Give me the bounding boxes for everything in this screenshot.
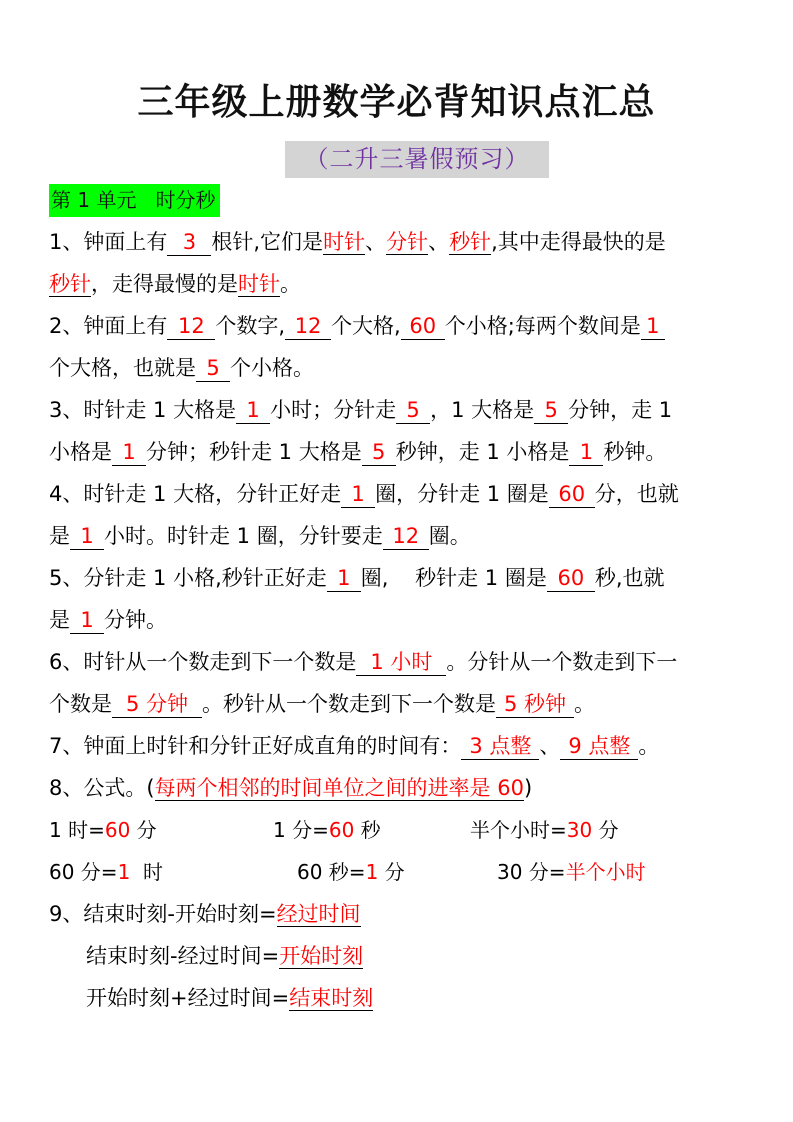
text: 分，也就 [595,482,679,506]
q3-line1: 3、时针走 1 大格是1小时；分针走5，1 大格是5分钟，走 1 [49,395,672,425]
text: 。 [280,272,301,296]
text: 结束时刻-开始时刻= [83,902,276,926]
text: 个数字, [215,314,285,338]
text: 小时。时针走 1 圈，分针要走 [104,524,383,548]
answer-blank: 5 秒钟 [496,691,574,718]
answer: 每两个相邻的时间单位之间的进率是 60 [155,776,524,801]
q2-line2: 个大格，也就是5个小格。 [49,353,314,383]
answer-blank: 60 [549,481,595,508]
answer-blank: 1 [641,313,665,340]
text: 1 时= [49,818,105,842]
answer: 开始时刻 [279,944,363,969]
text: 分 [592,818,618,842]
answer-blank: 1 [569,439,603,466]
text: 4、时针走 1 大格，分针正好走 [49,482,341,506]
answer-blank: 5 分钟 [112,691,202,718]
text: 秒钟，走 1 小格是 [396,440,570,464]
page-title: 三年级上册数学必背知识点汇总 [0,74,793,125]
formula-4: 60 分=1 时 [49,857,163,887]
q5-line1: 5、分针走 1 小格,秒针正好走1圈, 秒针走 1 圈是60秒,也就 [49,563,665,593]
text: 2、钟面上有 [49,314,167,338]
text: 。秒针从一个数走到下一个数是 [202,692,496,716]
answer-blank: 60 [547,565,595,592]
answer-blank: 3 [167,229,211,256]
text: 个数是 [49,692,112,716]
text: 1、钟面上有 [49,230,167,254]
text: 30 分= [497,860,566,884]
answer-blank: 1 [341,481,375,508]
text: 是 [49,524,70,548]
text: ，走得最慢的是 [91,272,238,296]
text: 个大格, [331,314,401,338]
text: 60 秒= [297,860,366,884]
answer-blank: 1 [236,397,270,424]
answer: 1 [118,860,131,884]
q7-line: 7、钟面上时针和分针正好成直角的时间有：3 点整、9 点整。 [49,731,659,761]
text: 分 [130,818,156,842]
text: 。 [638,734,659,758]
answer-blank: 5 [196,355,230,382]
answer-blank: 3 点整 [461,733,539,760]
text: 分钟。 [104,608,167,632]
text: 60 分= [49,860,118,884]
answer-blank: 1 [112,439,146,466]
q6-line1: 6、时针从一个数走到下一个数是1 小时。分针从一个数走到下一 [49,647,677,677]
answer: 时针 [323,230,365,255]
answer: 30 [567,818,592,842]
answer: 秒针 [449,230,491,255]
text: 半个小时= [470,818,567,842]
answer-blank: 12 [285,313,331,340]
answer: 经过时间 [277,902,361,927]
text: 小时；分针走 [270,398,396,422]
answer-blank: 60 [401,313,445,340]
q4-line1: 4、时针走 1 大格，分针正好走1圈，分针走 1 圈是60分，也就 [49,479,679,509]
answer-blank: 1 [70,523,104,550]
q5-line2: 是1分钟。 [49,605,167,635]
text: 结束时刻-经过时间= [86,944,279,968]
text: 。 [574,692,595,716]
text: 开始时刻+经过时间= [86,986,289,1010]
text: 个小格。 [230,356,314,380]
answer: 半个小时 [566,860,646,884]
answer-blank: 12 [383,523,429,550]
text: 、 [365,230,386,254]
q6-line2: 个数是5 分钟。秒针从一个数走到下一个数是5 秒钟。 [49,689,595,719]
text: 、 [428,230,449,254]
text: 6、时针从一个数走到下一个数是 [49,650,356,674]
text: 7、钟面上时针和分针正好成直角的时间有： [49,734,461,758]
answer: 60 [329,818,354,842]
text: 5、分针走 1 小格,秒针正好走 [49,566,327,590]
answer: 时针 [238,272,280,297]
text: ，1 大格是 [430,398,534,422]
answer-blank: 1 [327,565,361,592]
text: 秒钟。 [603,440,666,464]
formula-1: 1 时=60 分 [49,815,157,845]
answer: 1 [366,860,379,884]
q3-line2: 小格是1分钟；秒针走 1 大格是5秒钟，走 1 小格是1秒钟。 [49,437,666,467]
answer-blank: 5 [362,439,396,466]
text: 3、时针走 1 大格是 [49,398,236,422]
text: 分钟；秒针走 1 大格是 [146,440,362,464]
text: 圈，分针走 1 圈是 [375,482,549,506]
answer-blank: 5 [534,397,568,424]
answer-blank: 5 [396,397,430,424]
text: 圈, 秒针走 1 圈是 [361,566,547,590]
answer-blank: 12 [167,313,215,340]
formula-6: 30 分=半个小时 [497,857,646,887]
text: 、 [539,734,560,758]
text: 个小格;每两个数间是 [445,314,641,338]
page-subtitle: （二升三暑假预习） [285,141,549,178]
q2-line1: 2、钟面上有12个数字,12个大格,60个小格;每两个数间是1 [49,311,665,341]
q1-line1: 1、钟面上有3根针,它们是时针、分针、秒针,其中走得最快的是 [49,227,666,257]
answer-blank: 1 小时 [356,649,446,676]
unit-header: 第 1 单元 时分秒 [49,184,220,217]
answer-blank: 1 [70,607,104,634]
q8-line: 8、公式。(每两个相邻的时间单位之间的进率是 60) [49,773,532,803]
formula-3: 半个小时=30 分 [470,815,619,845]
text: 根针,它们是 [211,230,323,254]
text: 1 分= [273,818,329,842]
text: 。分针从一个数走到下一 [446,650,677,674]
text: 秒 [354,818,380,842]
text: 9、 [49,902,83,926]
text: 时 [130,860,163,884]
q1-line2: 秒针，走得最慢的是时针。 [49,269,301,299]
text: 分 [378,860,404,884]
q9-row-3: 开始时刻+经过时间=结束时刻 [86,983,373,1013]
answer: 秒针 [49,272,91,297]
text: ,其中走得最快的是 [491,230,666,254]
text: 是 [49,608,70,632]
q4-line2: 是1小时。时针走 1 圈，分针要走12圈。 [49,521,471,551]
text: 分钟，走 1 [568,398,672,422]
formula-2: 1 分=60 秒 [273,815,381,845]
answer: 60 [105,818,130,842]
text: 秒,也就 [595,566,665,590]
formula-5: 60 秒=1 分 [297,857,405,887]
text: 小格是 [49,440,112,464]
text: 圈。 [429,524,471,548]
answer: 分针 [386,230,428,255]
text: 8、公式。( [49,776,155,800]
q9-row-1: 9、结束时刻-开始时刻=经过时间 [49,899,361,929]
answer-blank: 9 点整 [560,733,638,760]
answer: 结束时刻 [289,986,373,1011]
text: ) [524,776,532,800]
text: 个大格，也就是 [49,356,196,380]
q9-row-2: 结束时刻-经过时间=开始时刻 [86,941,363,971]
